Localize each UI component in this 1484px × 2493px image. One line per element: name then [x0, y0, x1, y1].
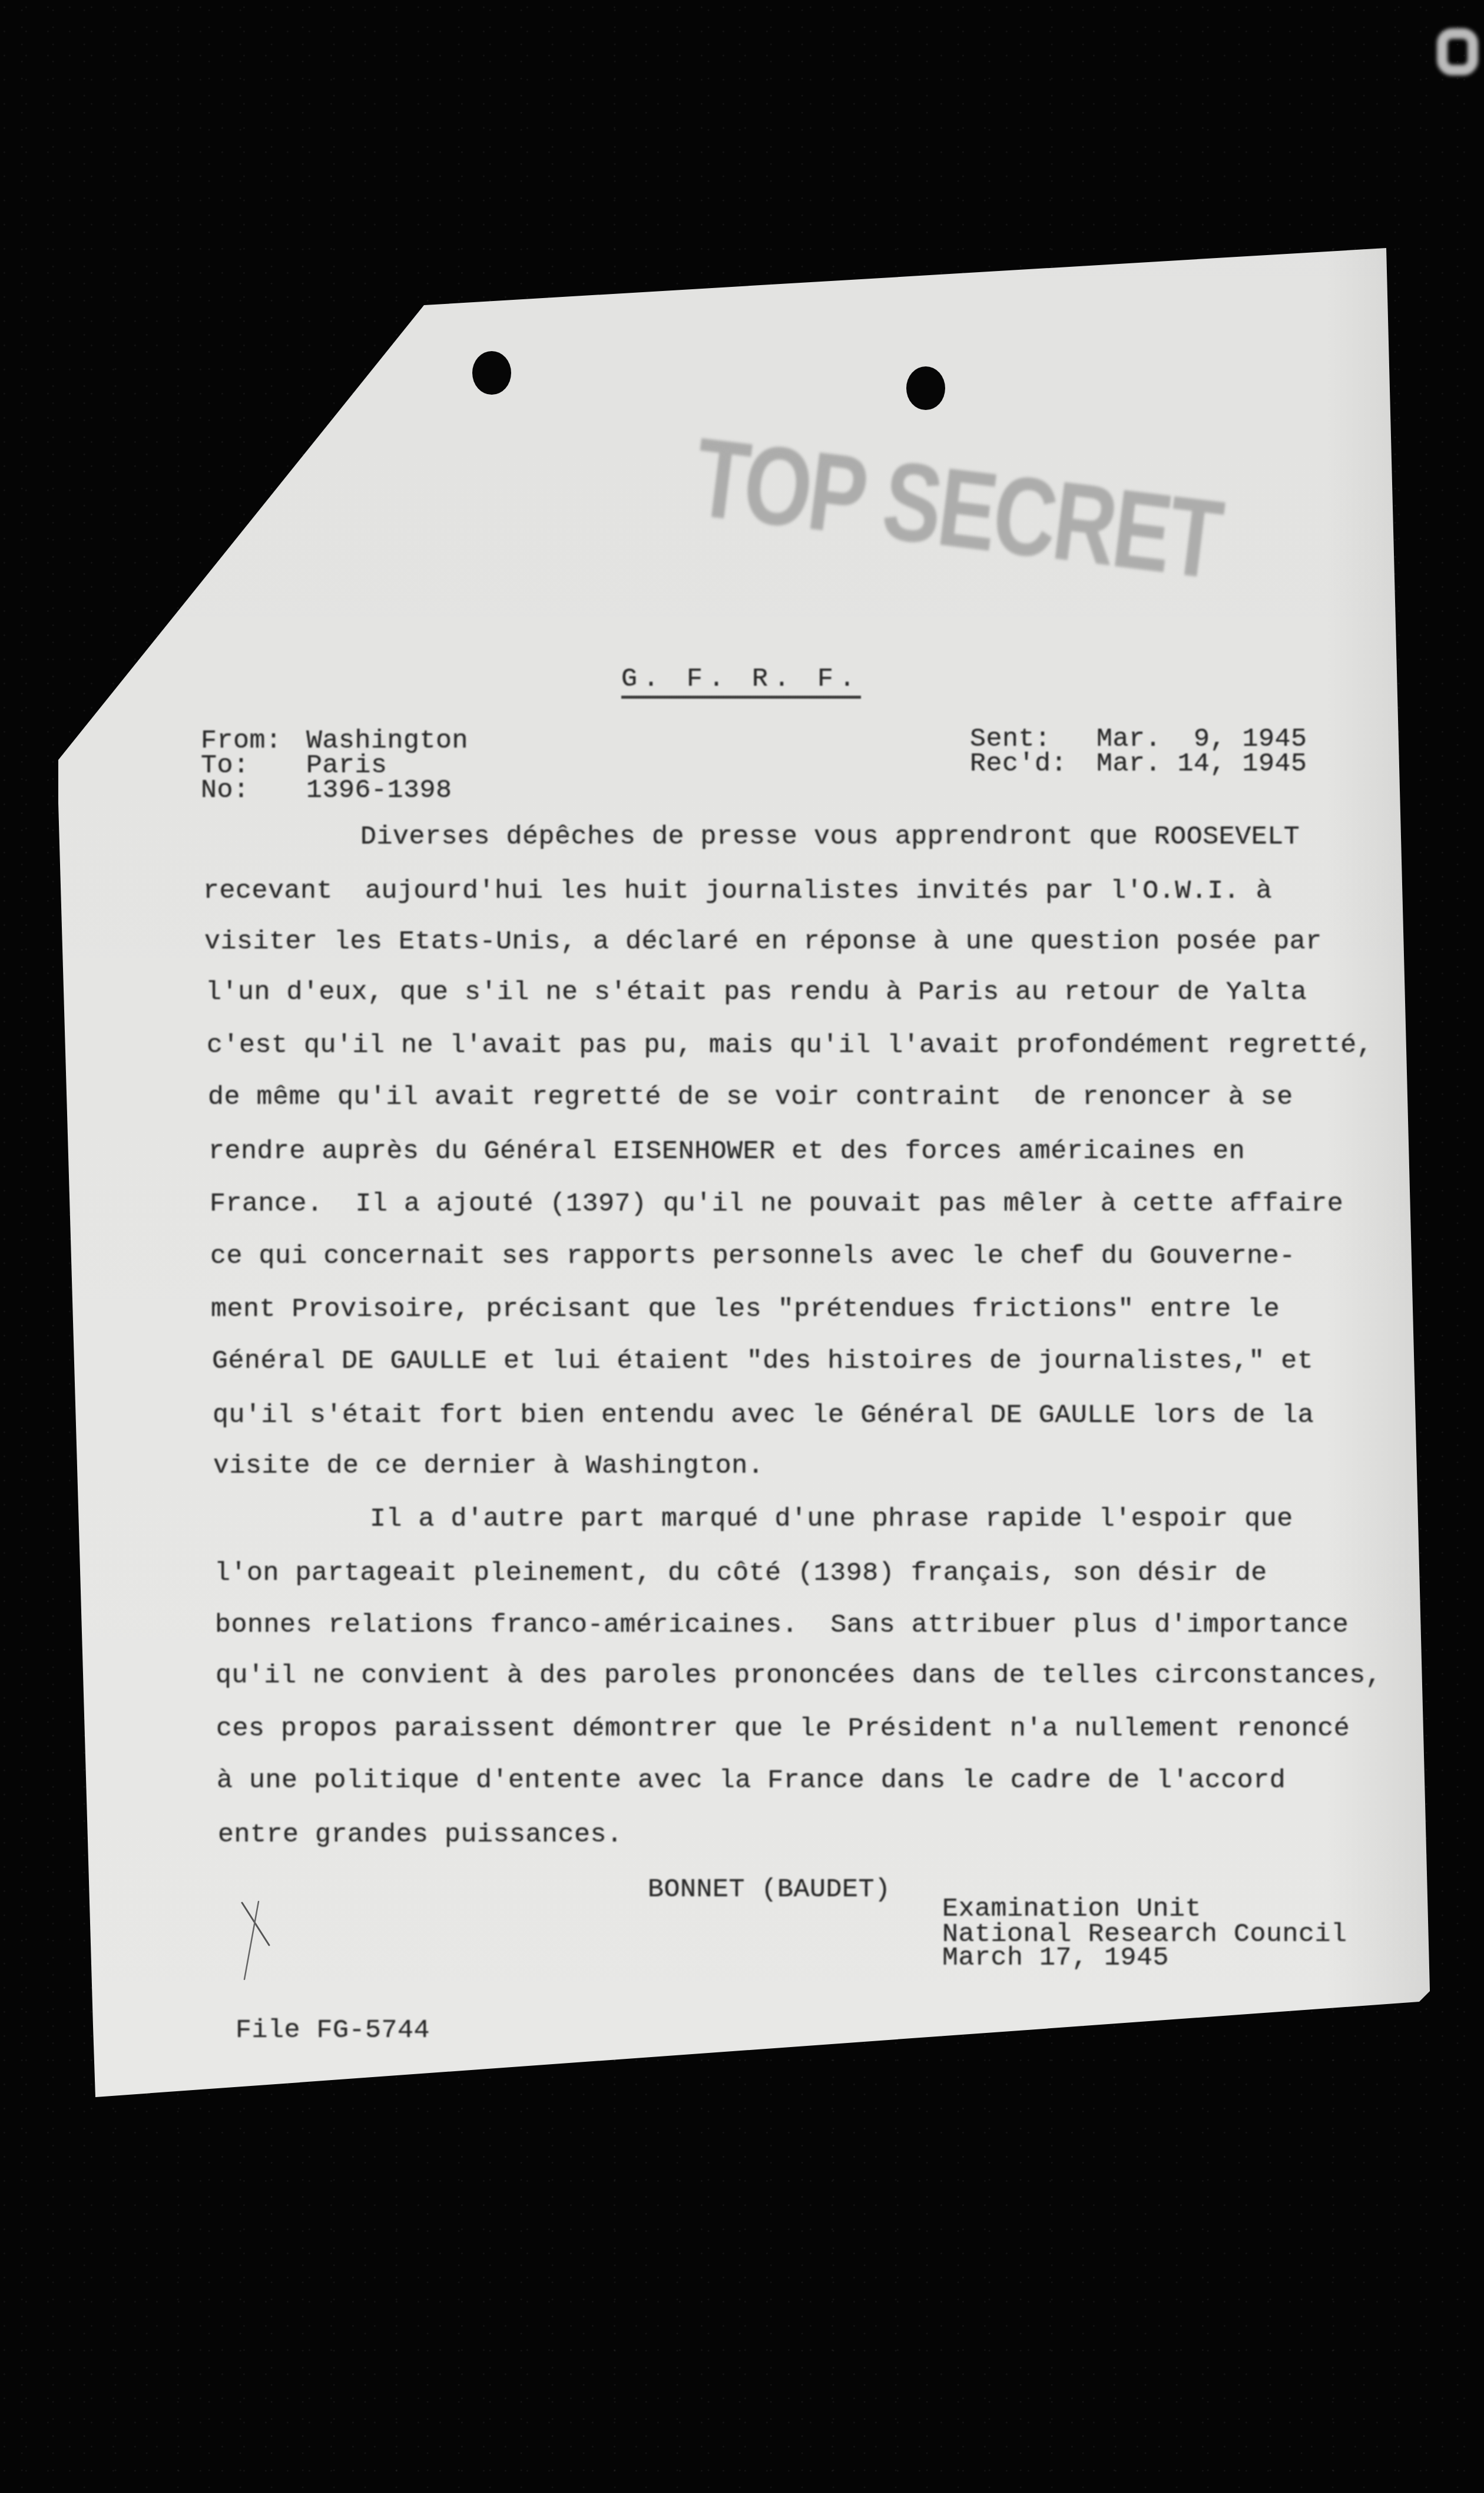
- body-line: qu'il s'était fort bien entendu avec le …: [213, 1402, 1314, 1429]
- body-line: entre grandes puissances.: [218, 1821, 623, 1848]
- body-line: rendre auprès du Général EISENHOWER et d…: [208, 1138, 1245, 1165]
- body-line: visiter les Etats-Unis, a déclaré en rép…: [204, 928, 1322, 955]
- body-line: bonnes relations franco-américaines. San…: [215, 1612, 1349, 1638]
- no-value: 1396-1398: [306, 777, 452, 804]
- body-line: visite de ce dernier à Washington.: [213, 1453, 764, 1479]
- punch-hole-right: [906, 366, 945, 410]
- pencil-x-mark: [238, 1900, 274, 1983]
- body-line: ce qui concernait ses rapports personnel…: [210, 1243, 1296, 1269]
- recd-label: Rec'd:: [970, 750, 1067, 777]
- body-line: ces propos paraissent démontrer que le P…: [216, 1715, 1350, 1742]
- body-line: qu'il ne convient à des paroles prononcé…: [216, 1662, 1382, 1689]
- recd-value: Mar. 14, 1945: [1097, 750, 1307, 777]
- file-reference: File FG-5744: [236, 2017, 430, 2044]
- top-secret-stamp: TOP SECRET: [688, 412, 1227, 604]
- unit-date: March 17, 1945: [942, 1945, 1169, 1971]
- body-line: l'un d'eux, que s'il ne s'était pas rend…: [206, 979, 1307, 1006]
- body-line: Général DE GAULLE et lui étaient "des hi…: [212, 1348, 1313, 1374]
- body-line: l'on partageait pleinement, du côté (139…: [214, 1560, 1267, 1586]
- body-line: recevant aujourd'hui les huit journalist…: [203, 878, 1272, 904]
- signature: BONNET (BAUDET): [648, 1876, 891, 1903]
- body-line: ment Provisoire, précisant que les "prét…: [211, 1296, 1280, 1322]
- body-line: Il a d'autre part marqué d'une phrase ra…: [370, 1506, 1293, 1532]
- document-title: G. F. R. F.: [621, 666, 861, 699]
- body-line: France. Il a ajouté (1397) qu'il ne pouv…: [210, 1191, 1343, 1217]
- body-line: Diverses dépêches de presse vous apprend…: [360, 824, 1300, 850]
- unit-line-1: Examination Unit: [942, 1896, 1201, 1922]
- body-line: c'est qu'il ne l'avait pas pu, mais qu'i…: [207, 1032, 1373, 1059]
- frame-marker: [1437, 28, 1478, 75]
- body-line: de même qu'il avait regretté de se voir …: [208, 1084, 1293, 1110]
- body-line: à une politique d'entente avec la France…: [217, 1767, 1286, 1794]
- no-label: No:: [201, 777, 250, 804]
- punch-hole-left: [472, 351, 511, 395]
